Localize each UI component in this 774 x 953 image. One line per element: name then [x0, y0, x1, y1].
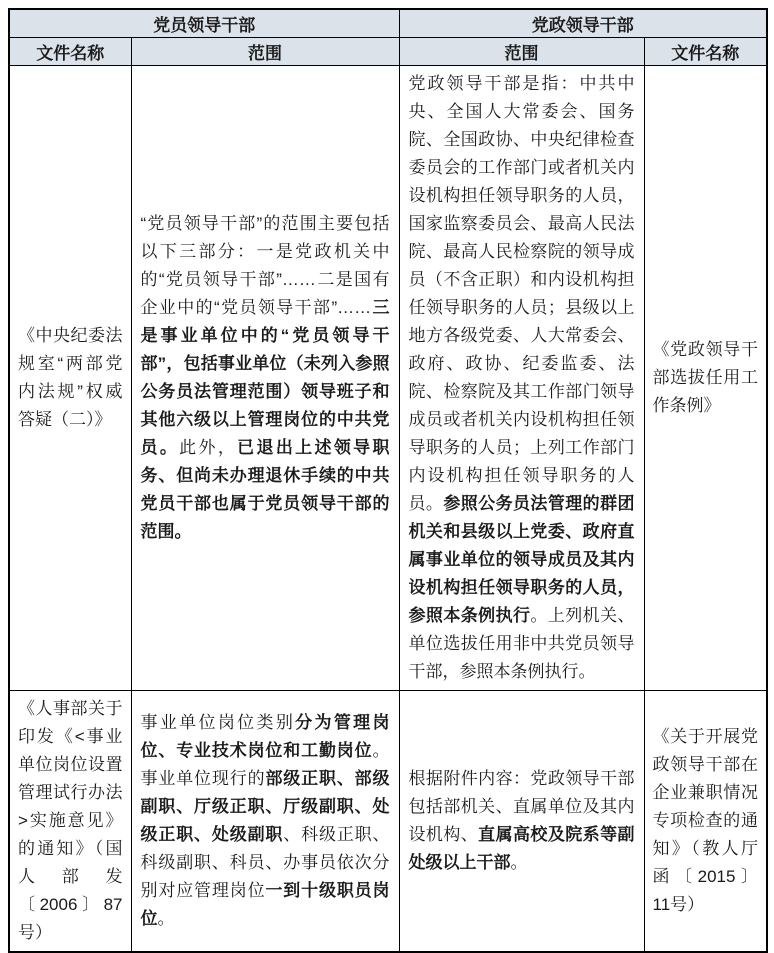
scope-cell: 事业单位岗位类别分为管理岗位、专业技术岗位和工勤岗位。事业单位现行的部级正职、部…: [131, 691, 399, 903]
column-header-doc-name-left: 文件名称: [9, 38, 131, 66]
group-header-party-government: 党政领导干部: [399, 9, 767, 38]
doc-name-cell: 《党政领导干部选拔任用工作条例》: [644, 66, 767, 691]
column-header-scope-right: 范围: [399, 38, 644, 66]
cadre-comparison-table: 党员领导干部 党政领导干部 文件名称 范围 范围 文件名称 《中央纪委法规室“两…: [8, 8, 768, 902]
document-page: 党员领导干部 党政领导干部 文件名称 范围 范围 文件名称 《中央纪委法规室“两…: [8, 8, 768, 902]
group-header-party-member: 党员领导干部: [9, 9, 399, 38]
column-header-doc-name-right: 文件名称: [644, 38, 767, 66]
doc-name-cell: 《关于开展党政领导干部在企业兼职情况专项检查的通知》（教人厅函〔2015〕11号…: [644, 691, 767, 903]
table-row: 《中央纪委法规室“两部党内法规”权威答疑（二）》 “党员领导干部”的范围主要包括…: [9, 66, 767, 691]
group-header-row: 党员领导干部 党政领导干部: [9, 9, 767, 38]
doc-name-cell: 《中央纪委法规室“两部党内法规”权威答疑（二）》: [9, 66, 131, 691]
column-header-row: 文件名称 范围 范围 文件名称: [9, 38, 767, 66]
column-header-scope-left: 范围: [131, 38, 399, 66]
doc-name-cell: 《人事部关于印发《<事业单位岗位设置管理试行办法>实施意见》的通知》（国人部发〔…: [9, 691, 131, 903]
scope-cell: 根据附件内容：党政领导干部包括部机关、直属单位及其内设机构、直属高校及院系等副处…: [399, 691, 644, 903]
scope-cell: “党员领导干部”的范围主要包括以下三部分：一是党政机关中的“党员领导干部”……二…: [131, 66, 399, 691]
table-row: 《人事部关于印发《<事业单位岗位设置管理试行办法>实施意见》的通知》（国人部发〔…: [9, 691, 767, 903]
scope-cell: 党政领导干部是指：中共中央、全国人大常委会、国务院、全国政协、中央纪律检查委员会…: [399, 66, 644, 691]
